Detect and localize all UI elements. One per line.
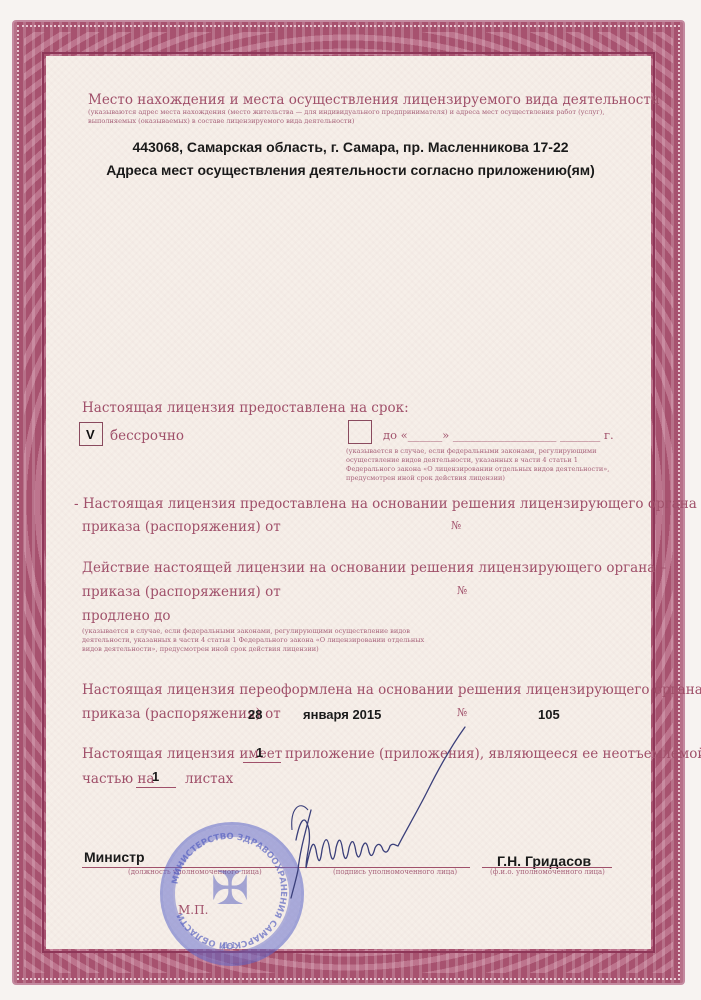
handwritten-signature	[0, 0, 701, 1000]
